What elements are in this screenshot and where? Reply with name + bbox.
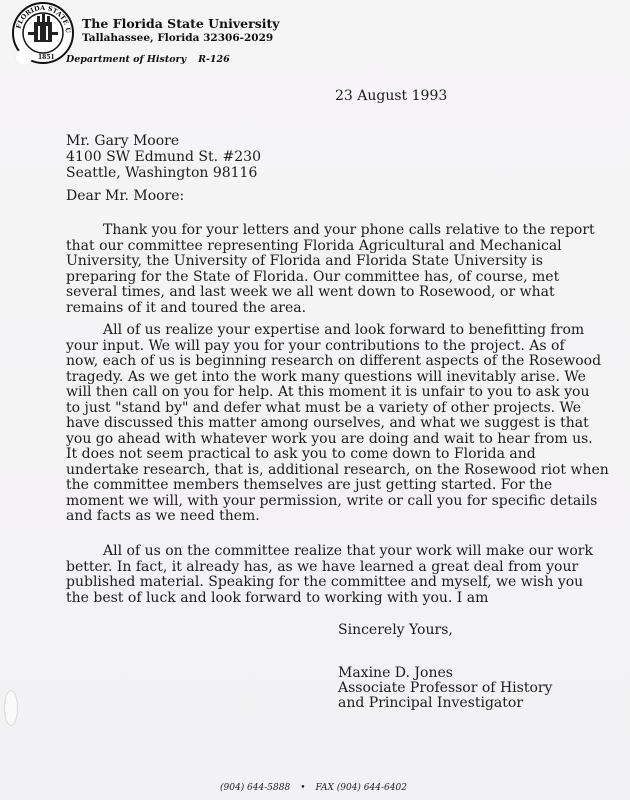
signatory-title: Associate Professor of History — [338, 681, 552, 696]
paragraph-line: have discussed this matter among ourselv… — [66, 416, 622, 432]
paragraph-line: and facts as we need them. — [66, 509, 622, 525]
department-line: Department of HistoryR-126 — [66, 54, 230, 65]
paragraph-line: several times, and last week we all went… — [66, 285, 622, 301]
paragraph-line: the best of luck and look forward to wor… — [66, 591, 622, 607]
paragraph-line: tragedy. As we get into the work many qu… — [66, 370, 622, 386]
paragraph-line: University, the University of Florida an… — [66, 254, 622, 270]
paper-edge-mark — [4, 690, 18, 726]
paragraph-line: remains of it and toured the area. — [66, 301, 622, 317]
institution-address: Tallahassee, Florida 32306-2029 — [82, 32, 273, 44]
footer-fax: FAX (904) 644-6402 — [316, 783, 407, 793]
body-paragraph-3: All of us on the committee realize that … — [66, 544, 622, 606]
signatory-name: Maxine D. Jones — [338, 666, 552, 681]
recipient-name: Mr. Gary Moore — [66, 133, 261, 149]
paragraph-line: undertake research, that is, additional … — [66, 463, 622, 479]
body-paragraph-1: Thank you for your letters and your phon… — [66, 223, 622, 316]
paragraph-line: your input. We will pay you for your con… — [66, 339, 622, 355]
paragraph-line: that our committee representing Florida … — [66, 239, 622, 255]
department-name: Department of History — [66, 54, 186, 65]
footer-phone: (904) 644-5888 — [220, 783, 290, 793]
svg-text:1851: 1851 — [38, 54, 55, 61]
footer-contact: (904) 644-5888•FAX (904) 644-6402 — [220, 783, 407, 793]
recipient-street: 4100 SW Edmund St. #230 — [66, 149, 261, 165]
signatory-role: and Principal Investigator — [338, 696, 552, 711]
body-paragraph-2: All of us realize your expertise and loo… — [66, 323, 622, 525]
paragraph-line: moment we will, with your permission, wr… — [66, 494, 622, 510]
paragraph-line: you go ahead with whatever work you are … — [66, 432, 622, 448]
paragraph-line: preparing for the State of Florida. Our … — [66, 270, 622, 286]
recipient-address-block: Mr. Gary Moore 4100 SW Edmund St. #230 S… — [66, 133, 261, 181]
salutation: Dear Mr. Moore: — [66, 188, 184, 204]
closing: Sincerely Yours, — [338, 622, 453, 638]
paragraph-line: Thank you for your letters and your phon… — [66, 223, 622, 239]
paragraph-line: All of us on the committee realize that … — [66, 544, 622, 560]
signature-block: Maxine D. Jones Associate Professor of H… — [338, 666, 552, 711]
recipient-city: Seattle, Washington 98116 — [66, 165, 261, 181]
paragraph-line: published material. Speaking for the com… — [66, 575, 622, 591]
paragraph-line: All of us realize your expertise and loo… — [66, 323, 622, 339]
paragraph-line: It does not seem practical to ask you to… — [66, 447, 622, 463]
paragraph-line: will then call on you for help. At this … — [66, 385, 622, 401]
paragraph-line: now, each of us is beginning research on… — [66, 354, 622, 370]
letter-date: 23 August 1993 — [335, 88, 447, 104]
paragraph-line: to just "stand by" and defer what must b… — [66, 401, 622, 417]
letter-page: FLORIDA STATE UNIVERSITY 1851 The Florid… — [0, 0, 630, 800]
paragraph-line: better. In fact, it already has, as we h… — [66, 560, 622, 576]
room-number: R-126 — [198, 54, 230, 65]
paragraph-line: the committee members themselves are jus… — [66, 478, 622, 494]
punch-hole-mark — [16, 49, 32, 65]
bullet-separator-icon: • — [300, 783, 305, 793]
institution-name: The Florida State University — [82, 16, 280, 31]
